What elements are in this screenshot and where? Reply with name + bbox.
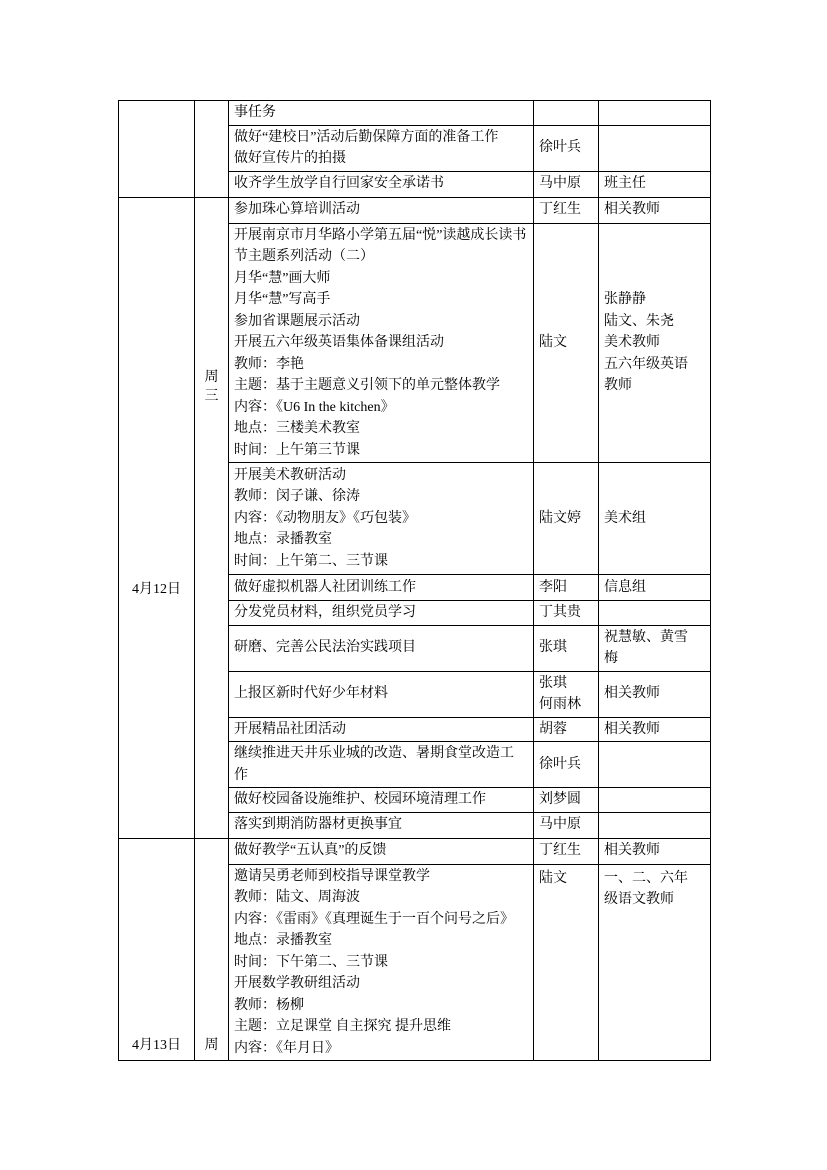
- date-cell: 4月13日: [119, 838, 195, 1061]
- person-cell: 陆文: [534, 864, 599, 1061]
- person-cell: 徐叶兵: [534, 742, 599, 788]
- table-row: 事任务: [119, 101, 711, 126]
- weekday-text: 周: [195, 1035, 228, 1057]
- task-cell: 研磨、完善公民法治实践项目: [229, 625, 534, 671]
- person-cell: 丁红生: [534, 838, 599, 864]
- person-cell: 马中原: [534, 812, 599, 838]
- task-cell: 做好虚拟机器人社团训练工作: [229, 575, 534, 601]
- task-cell: 开展精品社团活动: [229, 717, 534, 742]
- person-cell: 刘梦圆: [534, 788, 599, 813]
- duty-cell: 相关教师: [599, 838, 711, 864]
- person-cell: 张琪: [534, 625, 599, 671]
- weekday-cell: 周: [195, 838, 229, 1061]
- person-cell: [534, 101, 599, 126]
- duty-cell: [599, 742, 711, 788]
- task-cell: 开展美术教研活动 教师：闵子谦、徐涛 内容：《动物朋友》《巧包装》 地点：录播教…: [229, 463, 534, 575]
- person-cell: 丁其贵: [534, 601, 599, 626]
- duty-cell: 相关教师: [599, 197, 711, 223]
- duty-cell: 相关教师: [599, 717, 711, 742]
- duty-cell: [599, 125, 711, 171]
- person-cell: 马中原: [534, 171, 599, 197]
- task-cell: 做好“建校日”活动后勤保障方面的准备工作 做好宣传片的拍摄: [229, 125, 534, 171]
- weekday-cell: 周三: [195, 197, 229, 838]
- duty-cell: [599, 101, 711, 126]
- weekday-text: 周三: [204, 368, 219, 406]
- table-row: 4月13日 周 做好教学“五认真”的反馈 丁红生 相关教师: [119, 838, 711, 864]
- duty-cell: 祝慧敏、黄雪梅: [599, 625, 711, 671]
- task-cell: 开展南京市月华路小学第五届“悦”读越成长读书节主题系列活动（二） 月华“慧”画大…: [229, 223, 534, 463]
- task-cell: 上报区新时代好少年材料: [229, 671, 534, 717]
- duty-cell: 相关教师: [599, 671, 711, 717]
- duty-cell: 一、二、六年级语文教师: [599, 864, 711, 1061]
- task-cell: 参加珠心算培训活动: [229, 197, 534, 223]
- person-cell: 陆文: [534, 223, 599, 463]
- task-cell: 邀请吴勇老师到校指导课堂教学 教师：陆文、周海波 内容：《雷雨》《真理诞生于一百…: [229, 864, 534, 1061]
- person-cell: 张琪 何雨林: [534, 671, 599, 717]
- person-cell: 陆文婷: [534, 463, 599, 575]
- duty-cell: [599, 788, 711, 813]
- task-cell: 继续推进天井乐业城的改造、暑期食堂改造工作: [229, 742, 534, 788]
- task-cell: 做好校园备设施维护、校园环境清理工作: [229, 788, 534, 813]
- duty-cell: 美术组: [599, 463, 711, 575]
- duty-cell: [599, 601, 711, 626]
- duty-cell: 班主任: [599, 171, 711, 197]
- task-cell: 收齐学生放学自行回家安全承诺书: [229, 171, 534, 197]
- task-cell: 做好教学“五认真”的反馈: [229, 838, 534, 864]
- duty-cell: [599, 812, 711, 838]
- date-text: 4月13日: [119, 1035, 194, 1057]
- duty-cell: 张静静 陆文、朱尧 美术教师 五六年级英语教师: [599, 223, 711, 463]
- person-cell: 丁红生: [534, 197, 599, 223]
- table-row: 4月12日 周三 参加珠心算培训活动 丁红生 相关教师: [119, 197, 711, 223]
- date-cell: 4月12日: [119, 197, 195, 838]
- document-page: 事任务 做好“建校日”活动后勤保障方面的准备工作 做好宣传片的拍摄 徐叶兵 收齐…: [0, 0, 827, 1170]
- weekday-cell: [195, 101, 229, 198]
- task-cell: 事任务: [229, 101, 534, 126]
- person-cell: 胡蓉: [534, 717, 599, 742]
- date-text: 4月12日: [119, 579, 194, 601]
- person-cell: 徐叶兵: [534, 125, 599, 171]
- task-cell: 落实到期消防器材更换事宜: [229, 812, 534, 838]
- duty-cell: 信息组: [599, 575, 711, 601]
- task-cell: 分发党员材料，组织党员学习: [229, 601, 534, 626]
- person-cell: 李阳: [534, 575, 599, 601]
- schedule-table: 事任务 做好“建校日”活动后勤保障方面的准备工作 做好宣传片的拍摄 徐叶兵 收齐…: [118, 100, 711, 1061]
- date-cell: [119, 101, 195, 198]
